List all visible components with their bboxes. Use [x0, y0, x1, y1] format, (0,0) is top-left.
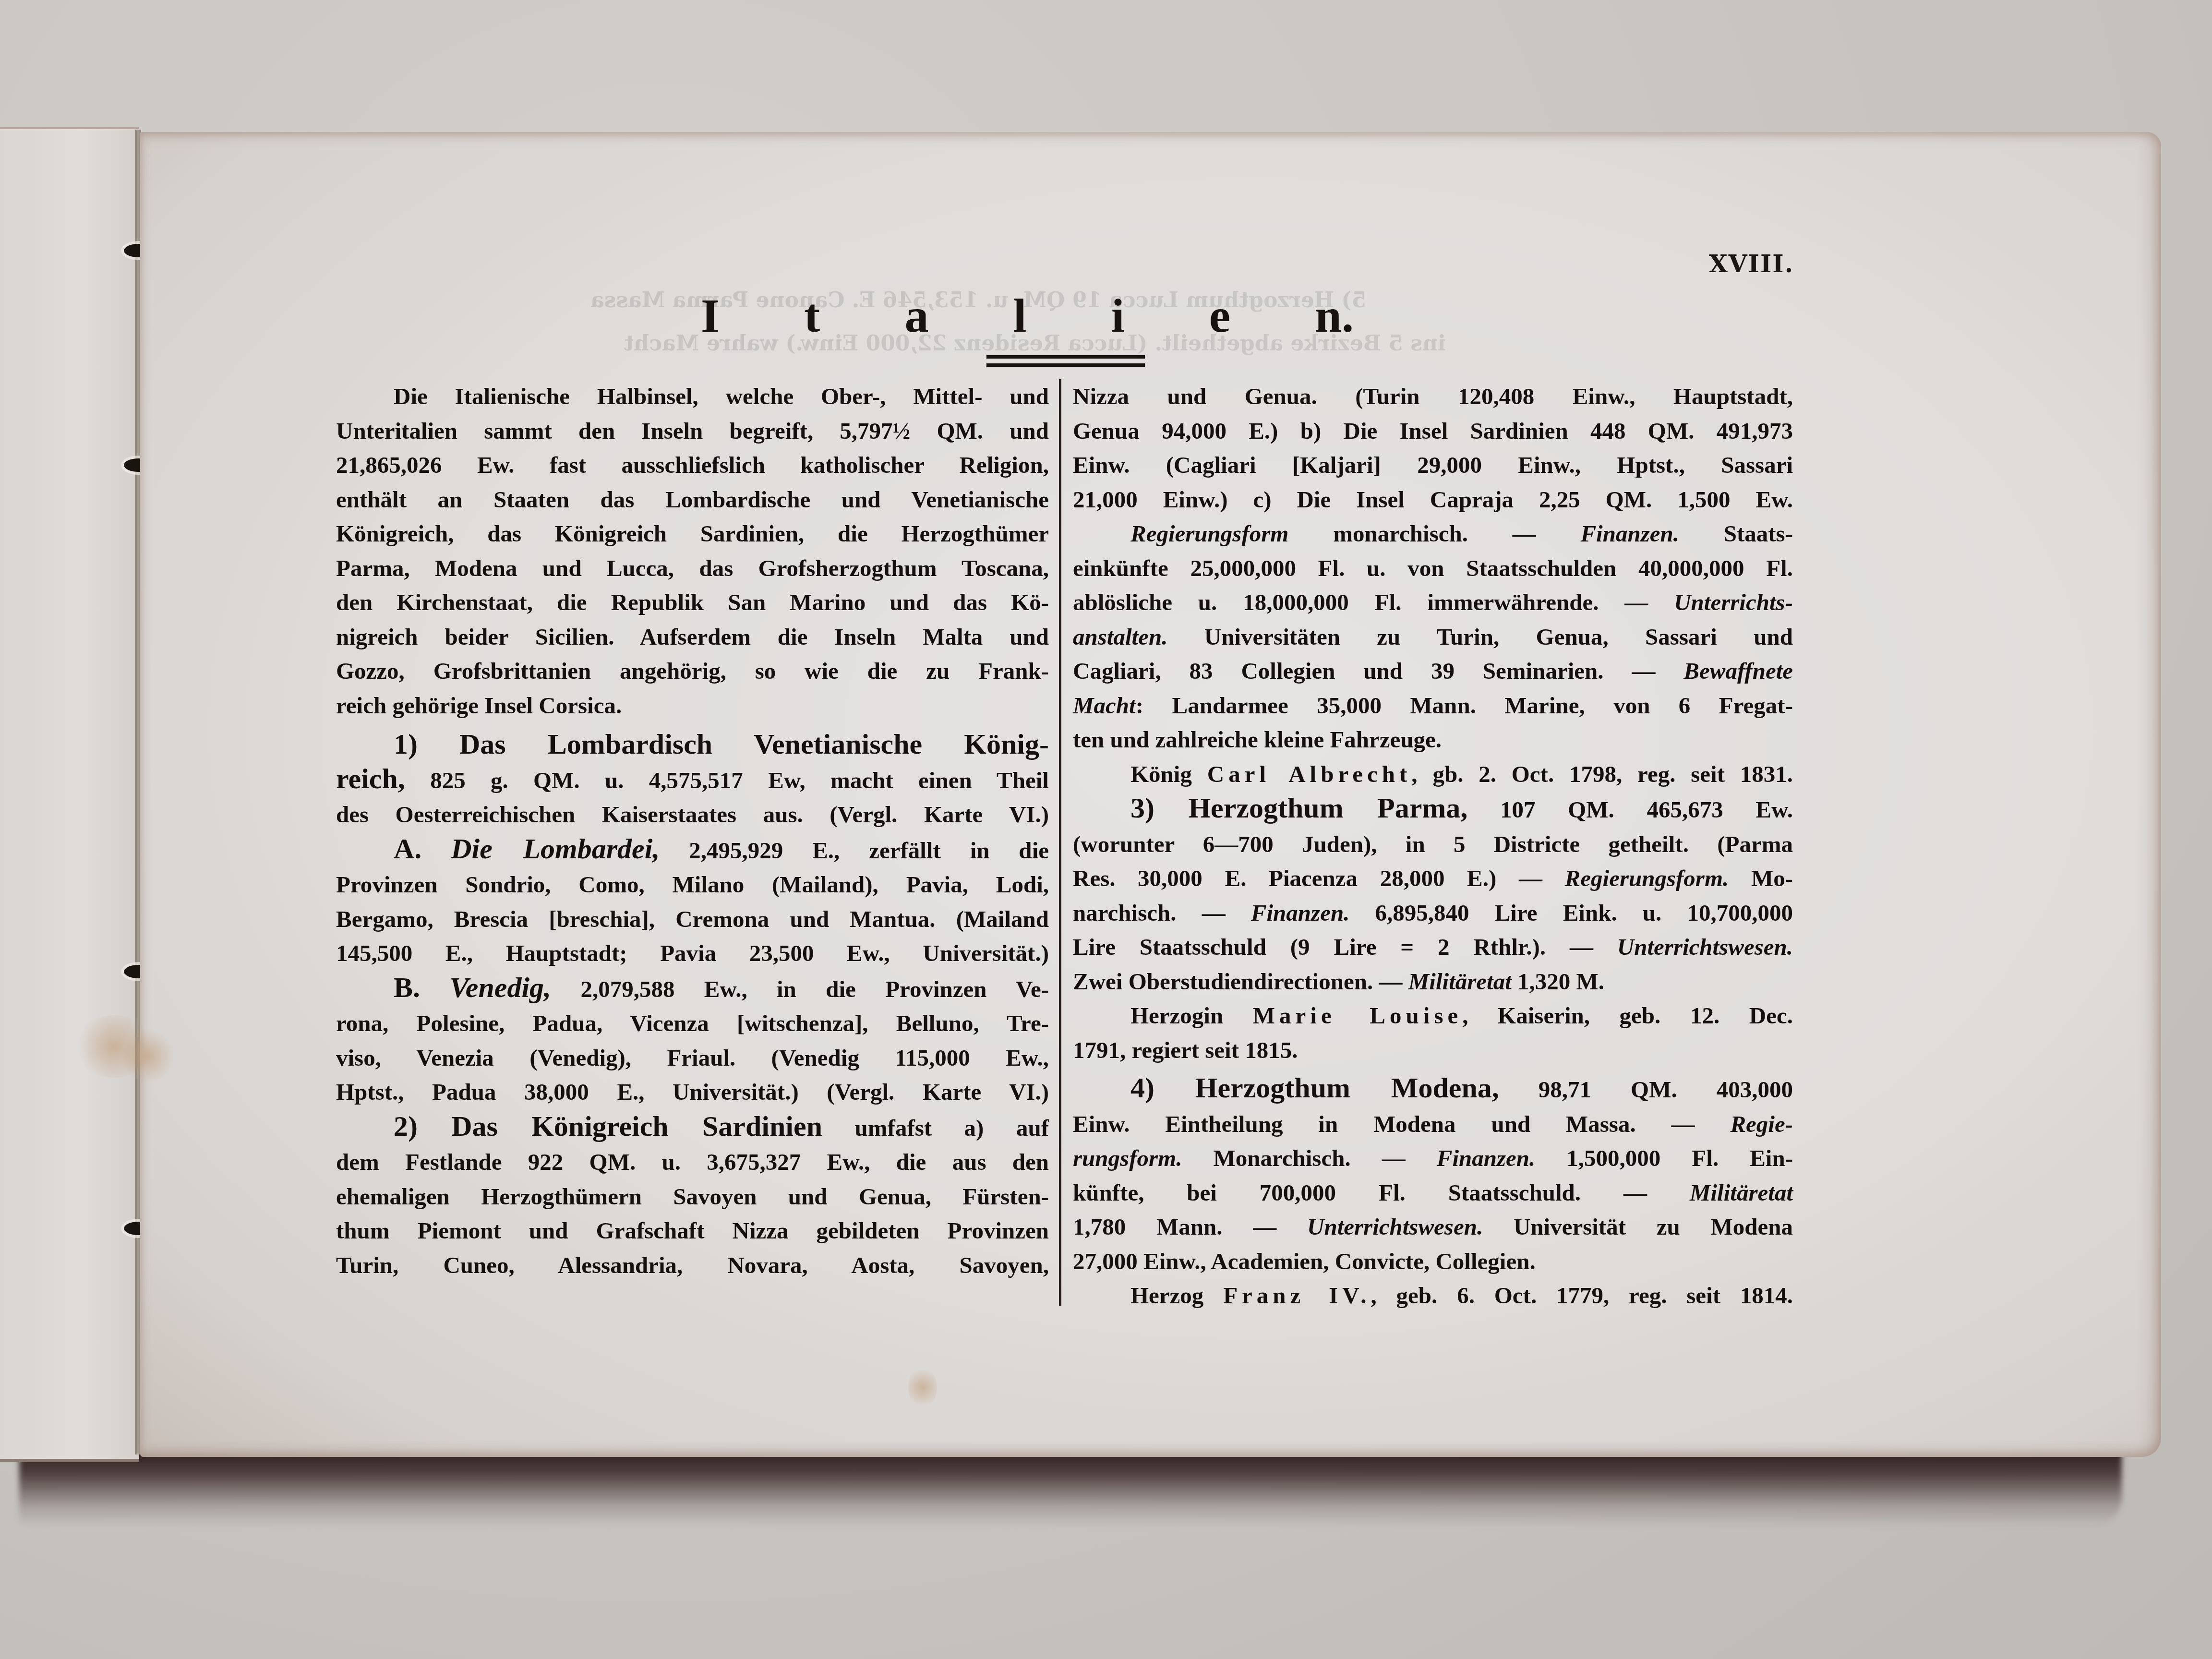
- section-line: thum Piemont und Grafschaft Nizza gebild…: [336, 1214, 1049, 1248]
- value-text: Einw. Eintheilung in Modena und Massa. —: [1073, 1111, 1730, 1137]
- facing-page-left: [0, 127, 139, 1462]
- intro-line: Unteritalien sammt den Inseln begreift, …: [336, 414, 1049, 448]
- title-double-rule: [986, 355, 1145, 367]
- label-finanzen: Finanzen.: [1251, 900, 1350, 926]
- value-text: : Landarmee 35,000 Mann. Marine, von 6 F…: [1136, 692, 1793, 719]
- column-divider: [1059, 379, 1061, 1306]
- subsection-line: Bergamo, Brescia [breschia], Cremona und…: [336, 902, 1049, 937]
- intro-line: nigreich beider Sicilien. Aufserdem die …: [336, 620, 1049, 654]
- label-finanzen: Finanzen.: [1580, 520, 1679, 547]
- label-finanzen: Finanzen.: [1437, 1145, 1536, 1171]
- ruler-line: Herzogin Marie Louise, Kaiserin, geb. 12…: [1073, 998, 1793, 1033]
- section-line: Nizza und Genua. (Turin 120,408 Einw., H…: [1073, 379, 1793, 414]
- title-letter: t: [804, 288, 820, 343]
- page-number: XVIII.: [1709, 250, 1794, 278]
- gov-line: Macht: Landarmee 35,000 Mann. Marine, vo…: [1073, 688, 1793, 723]
- subsection-line: rona, Polesine, Padua, Vicenza [witschen…: [336, 1006, 1049, 1041]
- subsection-line: Provinzen Sondrio, Como, Milano (Mailand…: [336, 867, 1049, 902]
- section-heading: 2) Das Königreich Sardinien: [394, 1110, 822, 1142]
- gov-line: einkünfte 25,000,000 Fl. u. von Staatssc…: [1073, 551, 1793, 586]
- value-text: künfte, bei 700,000 Fl. Staatsschuld. —: [1073, 1179, 1690, 1206]
- section-line: Zwei Oberstudiendirectionen. — Militäret…: [1073, 964, 1793, 999]
- foxing-stain: [121, 1030, 174, 1082]
- section-line: ehemaligen Herzogthümern Savoyen und Gen…: [336, 1179, 1049, 1214]
- value-text: 6,895,840 Lire Eink. u. 10,700,000: [1349, 900, 1793, 926]
- gov-line: Regierungsform monarchisch. — Finanzen. …: [1073, 517, 1793, 551]
- ruler-name: Franz IV.: [1223, 1282, 1370, 1309]
- intro-line: Königreich, das Königreich Sardinien, di…: [336, 517, 1049, 551]
- section-text: 825 g. QM. u. 4,575,517 Ew, macht einen …: [405, 767, 1049, 793]
- section-line: künfte, bei 700,000 Fl. Staatsschuld. — …: [1073, 1176, 1793, 1210]
- label-militaeretat: Militäretat: [1690, 1179, 1793, 1206]
- label-militaeretat: Militäretat: [1408, 968, 1512, 995]
- value-text: 1,780 Mann. —: [1073, 1214, 1307, 1240]
- value-text: Cagliari, 83 Collegien und 39 Seminarien…: [1073, 658, 1683, 684]
- label-unterricht: Unterrichts-: [1674, 589, 1793, 615]
- subsection-prefix: B.: [394, 972, 420, 1003]
- subsection-text: 2,495,929 E., zerfällt in die: [660, 837, 1049, 864]
- subsection-text: 2,079,588 Ew., in die Provinzen Ve-: [551, 976, 1049, 1002]
- left-column: Die Italienische Halbinsel, welche Ober-…: [336, 379, 1049, 1282]
- subsection-line: 145,500 E., Hauptstadt; Pavia 23,500 Ew.…: [336, 936, 1049, 971]
- intro-line: Parma, Modena und Lucca, das Grofsherzog…: [336, 551, 1049, 586]
- section-heading-sardinien: 2) Das Königreich Sardinien umfafst a) a…: [336, 1109, 1049, 1145]
- section-line: 21,000 Einw.) c) Die Insel Capraja 2,25 …: [1073, 482, 1793, 517]
- label-anstalten: anstalten.: [1073, 624, 1167, 650]
- title-letter: i: [1111, 288, 1125, 343]
- title-letter: a: [905, 288, 929, 343]
- intro-line: 21,865,026 Ew. fast ausschliefslich kath…: [336, 448, 1049, 482]
- section-line: reich, 825 g. QM. u. 4,575,517 Ew, macht…: [336, 762, 1049, 798]
- value-text: Res. 30,000 E. Piacenza 28,000 E.) —: [1073, 865, 1565, 891]
- label-unterrichtswesen: Unterrichtswesen.: [1617, 934, 1793, 960]
- value-text: Mo-: [1729, 865, 1793, 891]
- label-unterrichtswesen: Unterrichtswesen.: [1307, 1214, 1483, 1240]
- subsection-name: Die Lombardei,: [451, 833, 660, 865]
- value-text: ablösliche u. 18,000,000 Fl. immerwähren…: [1073, 589, 1674, 615]
- intro-line: enthält an Staaten das Lombardische und …: [336, 482, 1049, 517]
- section-text: 98,71 QM. 403,000: [1499, 1076, 1793, 1103]
- value-text: monarchisch. —: [1288, 520, 1580, 547]
- section-line: Lire Staatsschuld (9 Lire = 2 Rthlr.). —…: [1073, 930, 1793, 964]
- value-text: Universitäten zu Turin, Genua, Sassari u…: [1167, 624, 1793, 650]
- ruler-title: Herzog: [1130, 1282, 1223, 1309]
- section-heading-modena: 4) Herzogthum Modena, 98,71 QM. 403,000: [1073, 1071, 1793, 1107]
- section-line: rungsform. Monarchisch. — Finanzen. 1,50…: [1073, 1141, 1793, 1176]
- title-letter: n.: [1315, 288, 1354, 343]
- section-heading: 4) Herzogthum Modena,: [1130, 1072, 1499, 1104]
- value-text: Zwei Oberstudiendirectionen. —: [1073, 968, 1408, 995]
- section-line: des Oesterreichischen Kaiserstaates aus.…: [336, 797, 1049, 832]
- value-text: 1,320 M.: [1512, 968, 1604, 995]
- subsection-lombardei: A. Die Lombardei, 2,495,929 E., zerfällt…: [336, 832, 1049, 868]
- section-line: Res. 30,000 E. Piacenza 28,000 E.) — Reg…: [1073, 861, 1793, 896]
- section-text: umfafst a) auf: [822, 1115, 1049, 1141]
- section-heading: 3) Herzogthum Parma,: [1130, 792, 1467, 824]
- intro-line: Gozzo, Grofsbrittanien angehörig, so wie…: [336, 654, 1049, 688]
- subsection-venedig: B. Venedig, 2,079,588 Ew., in die Provin…: [336, 971, 1049, 1007]
- label-regierungsform: Regierungsform.: [1565, 865, 1729, 891]
- title-letter: I: [701, 288, 720, 343]
- gov-line: Cagliari, 83 Collegien und 39 Seminarien…: [1073, 654, 1793, 688]
- ruler-title: Herzogin: [1130, 1002, 1253, 1029]
- section-line: Einw. (Cagliari [Kaljari] 29,000 Einw., …: [1073, 448, 1793, 482]
- value-text: Universität zu Modena: [1483, 1214, 1793, 1240]
- ruler-line: 1791, regiert seit 1815.: [1073, 1033, 1793, 1068]
- section-line: Genua 94,000 E.) b) Die Insel Sardinien …: [1073, 414, 1793, 448]
- ruler-dates: , geb. 6. Oct. 1779, reg. seit 1814.: [1371, 1282, 1793, 1309]
- section-line: Turin, Cuneo, Alessandria, Novara, Aosta…: [336, 1248, 1049, 1283]
- section-text: 107 QM. 465,673 Ew.: [1467, 796, 1793, 823]
- value-text: Staats-: [1679, 520, 1793, 547]
- ruler-dates: , gb. 2. Oct. 1798, reg. seit 1831.: [1411, 761, 1793, 787]
- subsection-name: Venedig,: [449, 972, 551, 1003]
- section-line: (worunter 6—700 Juden), in 5 Districte g…: [1073, 827, 1793, 862]
- title-letter: e: [1209, 288, 1230, 343]
- subsection-prefix: A.: [394, 833, 421, 865]
- right-column: Nizza und Genua. (Turin 120,408 Einw., H…: [1073, 379, 1793, 1313]
- label-regierungsform: Regie-: [1730, 1111, 1793, 1137]
- gov-line: anstalten. Universitäten zu Turin, Genua…: [1073, 620, 1793, 654]
- page-title: I t a l i e n.: [701, 288, 1354, 343]
- section-heading-lombardy-venetia: 1) Das Lombardisch Venetianische König-: [336, 727, 1049, 762]
- value-text: Monarchisch. —: [1182, 1145, 1436, 1171]
- label-regierungsform: Regierungsform: [1130, 520, 1288, 547]
- ruler-title: König: [1130, 761, 1207, 787]
- section-line: dem Festlande 922 QM. u. 3,675,327 Ew., …: [336, 1145, 1049, 1179]
- gov-line: ablösliche u. 18,000,000 Fl. immerwähren…: [1073, 585, 1793, 620]
- ruler-dates: , Kaiserin, geb. 12. Dec.: [1462, 1002, 1793, 1029]
- value-text: Lire Staatsschuld (9 Lire = 2 Rthlr.). —: [1073, 934, 1617, 960]
- ruler-name: Marie Louise: [1253, 1002, 1462, 1029]
- foxing-stain: [908, 1366, 937, 1409]
- ruler-line: Herzog Franz IV., geb. 6. Oct. 1779, reg…: [1073, 1278, 1793, 1313]
- section-line: narchisch. — Finanzen. 6,895,840 Lire Ei…: [1073, 896, 1793, 930]
- section-line: 1,780 Mann. — Unterrichtswesen. Universi…: [1073, 1210, 1793, 1244]
- book-shadow: [19, 1445, 2122, 1527]
- value-text: 1,500,000 Fl. Ein-: [1535, 1145, 1793, 1171]
- section-line: 27,000 Einw., Academien, Convicte, Colle…: [1073, 1244, 1793, 1279]
- subsection-line: viso, Venezia (Venedig), Friaul. (Venedi…: [336, 1041, 1049, 1075]
- ruler-line: König Carl Albrecht, gb. 2. Oct. 1798, r…: [1073, 757, 1793, 792]
- intro-line: den Kirchenstaat, die Republik San Marin…: [336, 585, 1049, 620]
- value-text: narchisch. —: [1073, 900, 1251, 926]
- gov-line: ten und zahlreiche kleine Fahrzeuge.: [1073, 722, 1793, 757]
- section-line: Einw. Eintheilung in Modena und Massa. —…: [1073, 1107, 1793, 1142]
- subsection-line: Hptst., Padua 38,000 E., Universität.) (…: [336, 1075, 1049, 1109]
- label-bewaffnete: Bewaffnete: [1683, 658, 1793, 684]
- section-heading-parma: 3) Herzogthum Parma, 107 QM. 465,673 Ew.: [1073, 791, 1793, 827]
- label-macht: Macht: [1073, 692, 1136, 719]
- intro-line: reich gehörige Insel Corsica.: [336, 688, 1049, 723]
- ruler-name: Carl Albrecht: [1207, 761, 1412, 787]
- intro-line: Die Italienische Halbinsel, welche Ober-…: [336, 379, 1049, 414]
- title-letter: l: [1013, 288, 1027, 343]
- section-heading-cont: reich,: [336, 763, 405, 794]
- label-regierungsform-cont: rungsform.: [1073, 1145, 1182, 1171]
